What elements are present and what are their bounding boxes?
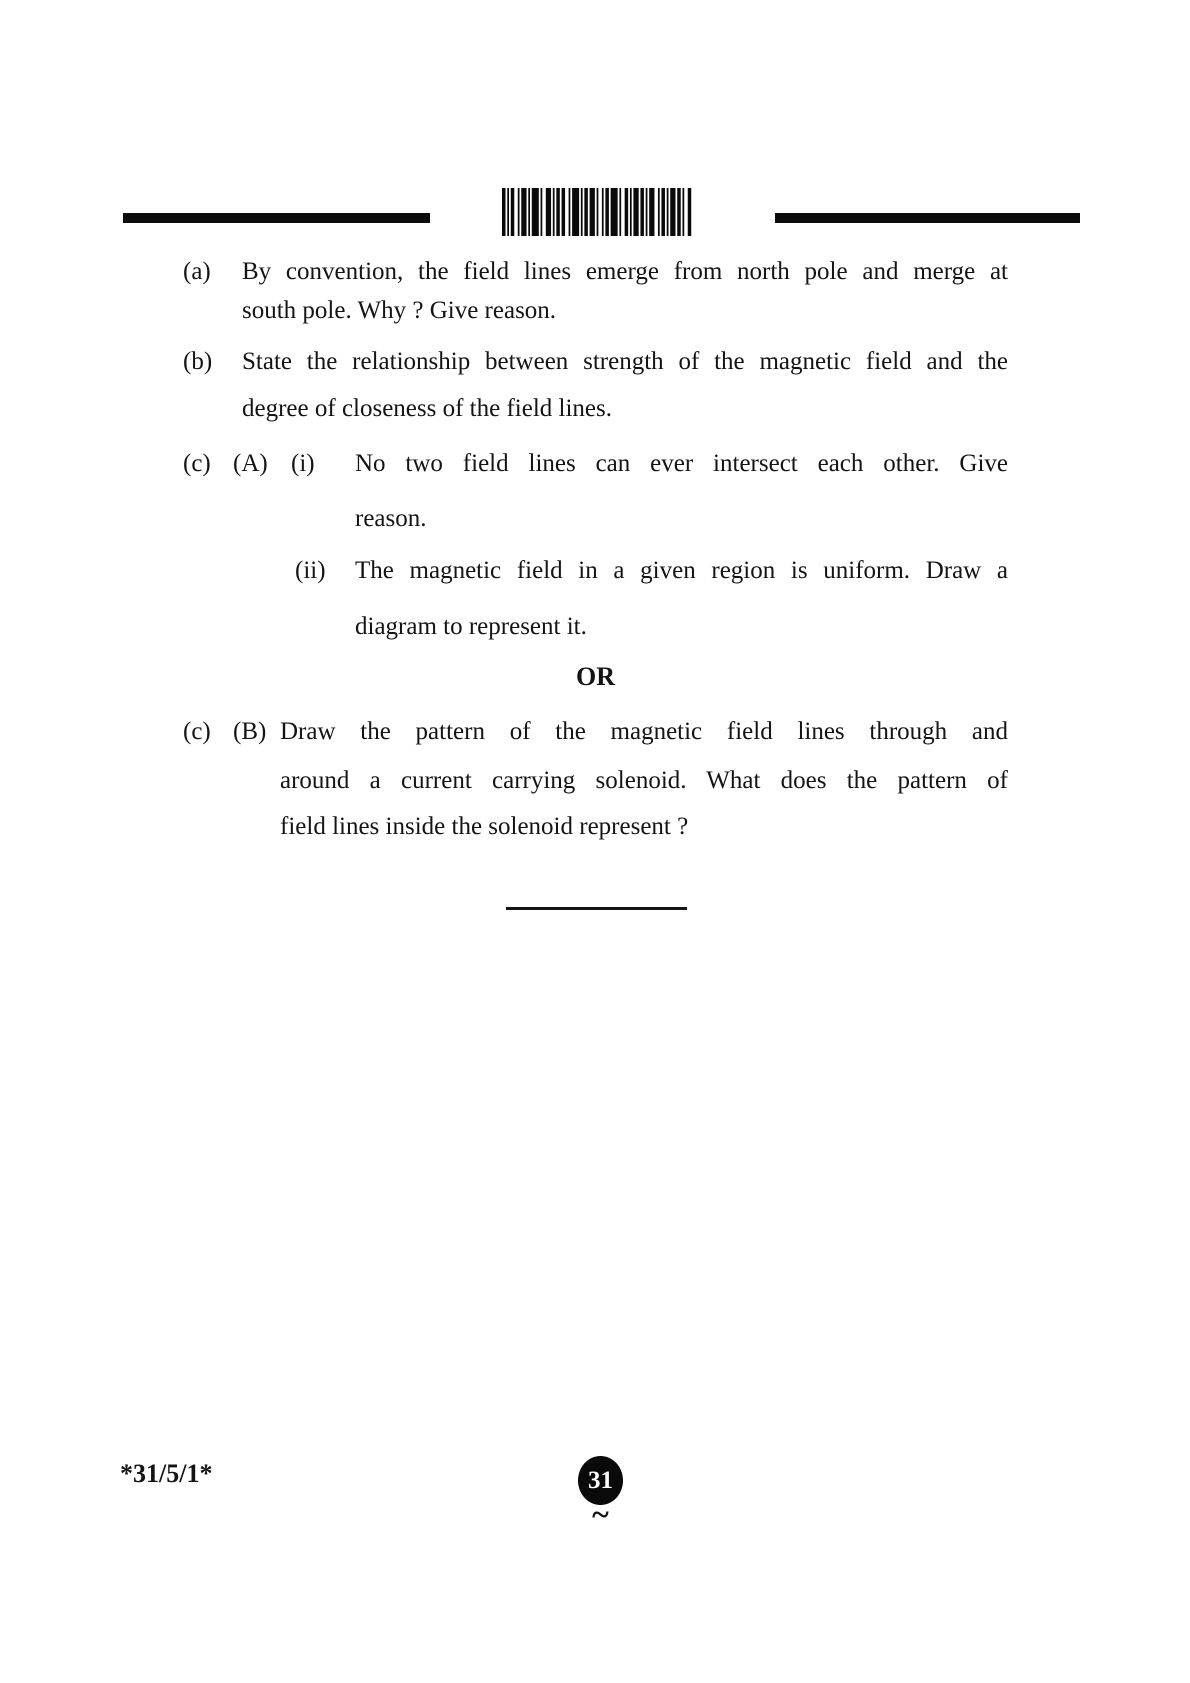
question-line: diagram to represent it. [355,611,1008,643]
question-part-label: (a) [183,256,211,288]
question-line: State the relationship between strength … [242,346,1008,378]
question-part-label: (ii) [295,555,326,587]
question-line: south pole. Why ? Give reason. [242,295,1008,327]
question-part-label: (c) [183,716,211,748]
question-line: Draw the pattern of the magnetic field l… [280,716,1008,748]
question-part-label: (A) [233,448,268,480]
question-part-label: (i) [291,448,315,480]
question-line: reason. [355,503,1008,535]
header-rule-right [775,213,1080,223]
page-number: 31 [588,1468,613,1493]
header-rule-left [123,213,430,223]
question-line: around a current carrying solenoid. What… [280,765,1008,797]
question-line: The magnetic field in a given region is … [355,555,1008,587]
question-line: By convention, the field lines emerge fr… [242,256,1008,288]
barcode-image [502,188,693,236]
question-line: degree of closeness of the field lines. [242,393,1008,425]
exam-paper-page: (a)By convention, the field lines emerge… [0,0,1190,1683]
paper-code: *31/5/1* [120,1458,212,1490]
question-part-label: (B) [233,716,266,748]
section-divider [506,907,687,910]
question-line: field lines inside the solenoid represen… [280,811,1008,843]
or-separator-label: OR [183,661,1008,693]
question-part-label: (b) [183,346,212,378]
question-line: No two field lines can ever intersect ea… [355,448,1008,480]
question-part-label: (c) [183,448,211,480]
tilde-mark: ~ [578,1498,623,1530]
barcode [502,188,693,236]
